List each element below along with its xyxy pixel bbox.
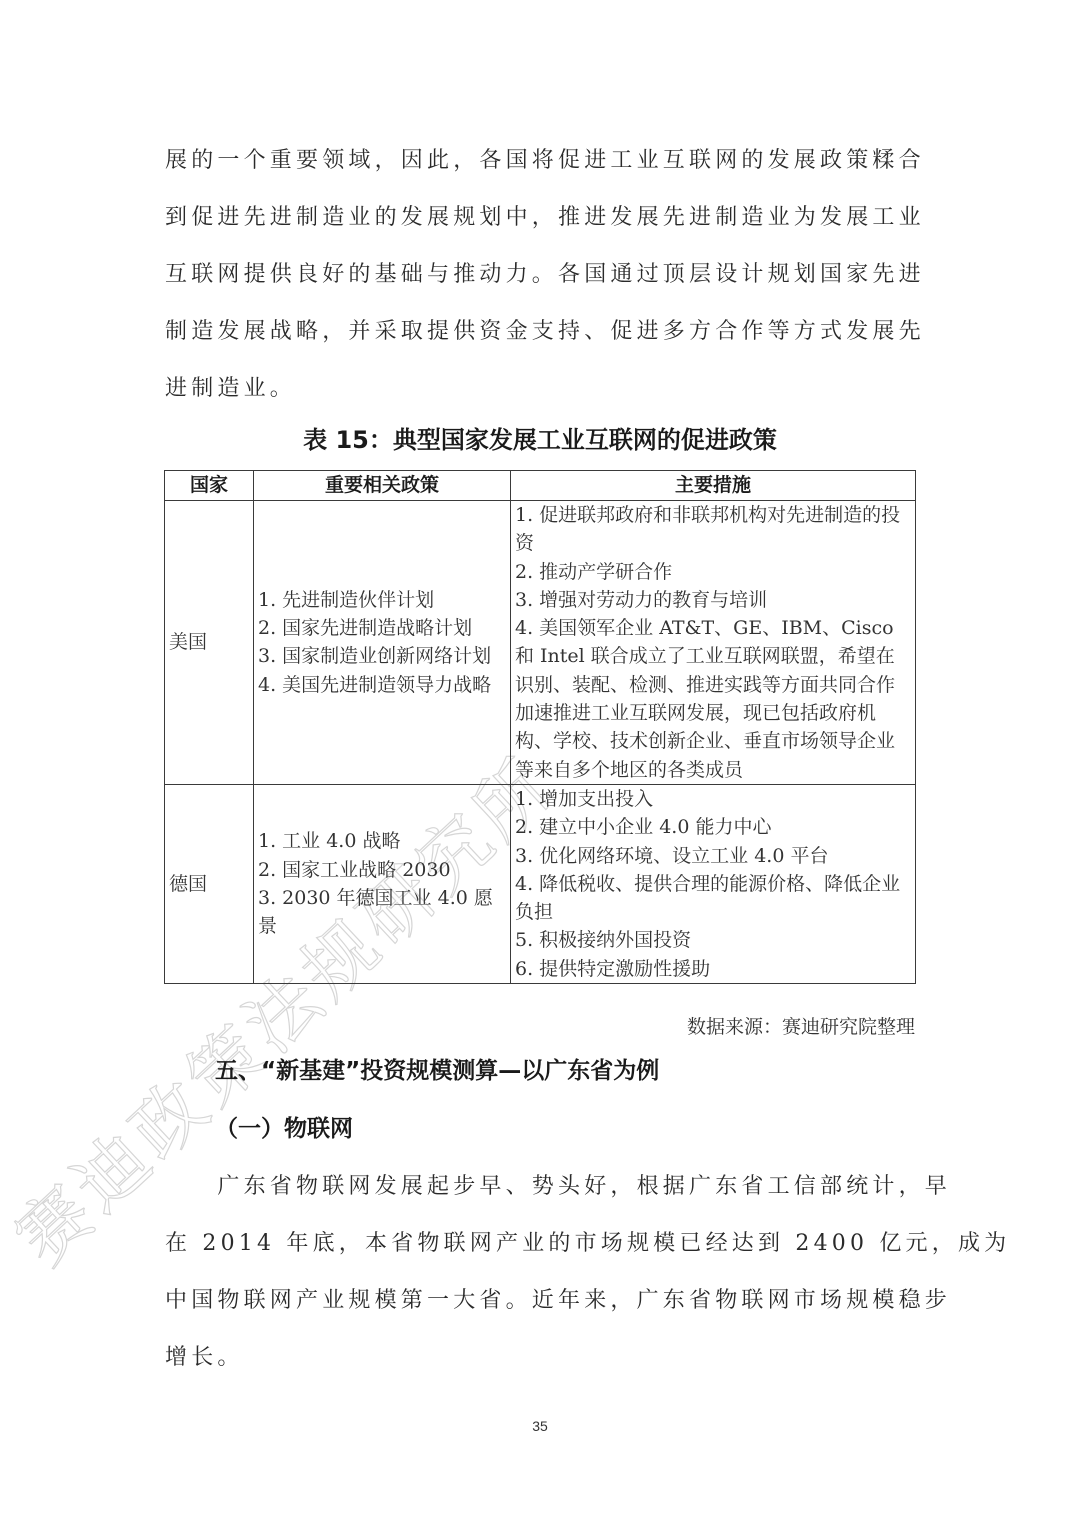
text-line: 增长。 bbox=[165, 1329, 915, 1386]
policies-cell: 1. 工业 4.0 战略 2. 国家工业战略 2030 3. 2030 年德国工… bbox=[254, 784, 511, 983]
table-source-note: 数据来源：赛迪研究院整理 bbox=[687, 1012, 915, 1039]
text-line: 展的一个重要领域，因此，各国将促进工业互联网的发展政策糅合 bbox=[165, 132, 915, 189]
country-cell: 美国 bbox=[165, 501, 254, 785]
measure-item: 3. 优化网络环境、设立工业 4.0 平台 bbox=[515, 842, 911, 870]
measure-item: 6. 提供特定激励性援助 bbox=[515, 955, 911, 983]
header-measures: 主要措施 bbox=[511, 471, 916, 501]
policy-item: 4. 美国先进制造领导力战略 bbox=[258, 671, 506, 699]
intro-paragraph: 展的一个重要领域，因此，各国将促进工业互联网的发展政策糅合 到促进先进制造业的发… bbox=[165, 132, 915, 417]
measures-cell: 1. 增加支出投入 2. 建立中小企业 4.0 能力中心 3. 优化网络环境、设… bbox=[511, 784, 916, 983]
measure-item: 1. 增加支出投入 bbox=[515, 785, 911, 813]
policies-cell: 1. 先进制造伙伴计划 2. 国家先进制造战略计划 3. 国家制造业创新网络计划… bbox=[254, 501, 511, 785]
policy-table: 国家 重要相关政策 主要措施 美国 1. 先进制造伙伴计划 2. 国家先进制造战… bbox=[164, 470, 916, 984]
text-line: 广东省物联网发展起步早、势头好，根据广东省工信部统计，早 bbox=[165, 1158, 915, 1215]
body-paragraph: 广东省物联网发展起步早、势头好，根据广东省工信部统计，早 在 2014 年底，本… bbox=[165, 1158, 915, 1386]
document-page: 赛迪政策法规研究所 展的一个重要领域，因此，各国将促进工业互联网的发展政策糅合 … bbox=[0, 0, 1080, 1527]
measure-item: 1. 促进联邦政府和非联邦机构对先进制造的投资 bbox=[515, 501, 911, 558]
policy-item: 3. 国家制造业创新网络计划 bbox=[258, 642, 506, 670]
policy-item: 1. 工业 4.0 战略 bbox=[258, 827, 506, 855]
measure-item: 2. 推动产学研合作 bbox=[515, 558, 911, 586]
header-country: 国家 bbox=[165, 471, 254, 501]
measure-item: 2. 建立中小企业 4.0 能力中心 bbox=[515, 813, 911, 841]
header-policies: 重要相关政策 bbox=[254, 471, 511, 501]
text-line: 到促进先进制造业的发展规划中，推进发展先进制造业为发展工业 bbox=[165, 189, 915, 246]
text-line: 进制造业。 bbox=[165, 360, 915, 417]
text-line: 制造发展战略，并采取提供资金支持、促进多方合作等方式发展先 bbox=[165, 303, 915, 360]
country-cell: 德国 bbox=[165, 784, 254, 983]
measure-item: 4. 美国领军企业 AT&T、GE、IBM、Cisco 和 Intel 联合成立… bbox=[515, 614, 911, 784]
page-number: 35 bbox=[0, 1418, 1080, 1434]
measure-item: 3. 增强对劳动力的教育与培训 bbox=[515, 586, 911, 614]
measures-cell: 1. 促进联邦政府和非联邦机构对先进制造的投资 2. 推动产学研合作 3. 增强… bbox=[511, 501, 916, 785]
section-heading: 五、“新基建”投资规模测算—以广东省为例 bbox=[215, 1052, 659, 1085]
text-line: 互联网提供良好的基础与推动力。各国通过顶层设计规划国家先进 bbox=[165, 246, 915, 303]
measure-item: 4. 降低税收、提供合理的能源价格、降低企业负担 bbox=[515, 870, 911, 927]
policy-item: 2. 国家工业战略 2030 bbox=[258, 856, 506, 884]
text-line: 在 2014 年底，本省物联网产业的市场规模已经达到 2400 亿元，成为 bbox=[165, 1215, 915, 1272]
table-header-row: 国家 重要相关政策 主要措施 bbox=[165, 471, 916, 501]
policy-item: 2. 国家先进制造战略计划 bbox=[258, 614, 506, 642]
table-row: 德国 1. 工业 4.0 战略 2. 国家工业战略 2030 3. 2030 年… bbox=[165, 784, 916, 983]
measure-item: 5. 积极接纳外国投资 bbox=[515, 926, 911, 954]
subsection-heading: （一）物联网 bbox=[215, 1110, 353, 1143]
text-line: 中国物联网产业规模第一大省。近年来，广东省物联网市场规模稳步 bbox=[165, 1272, 915, 1329]
policy-item: 1. 先进制造伙伴计划 bbox=[258, 586, 506, 614]
policy-item: 3. 2030 年德国工业 4.0 愿景 bbox=[258, 884, 506, 941]
table-caption: 表 15：典型国家发展工业互联网的促进政策 bbox=[165, 420, 915, 455]
table-row: 美国 1. 先进制造伙伴计划 2. 国家先进制造战略计划 3. 国家制造业创新网… bbox=[165, 501, 916, 785]
